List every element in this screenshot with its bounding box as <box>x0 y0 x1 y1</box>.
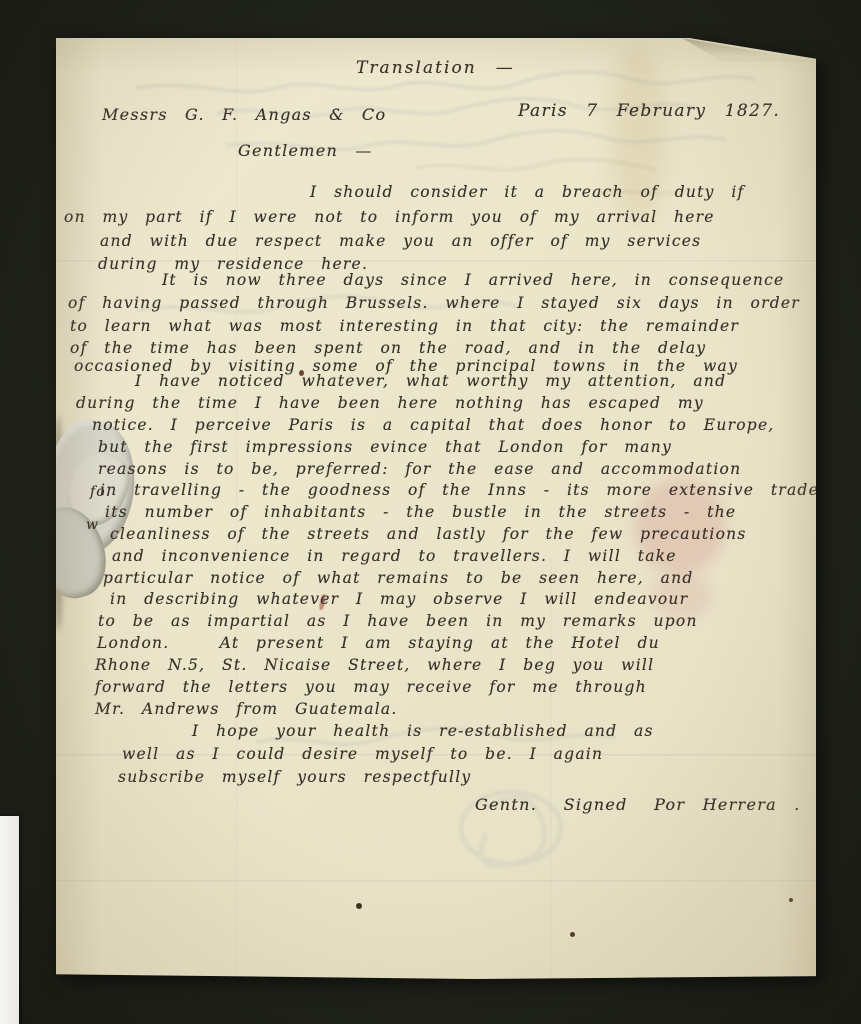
folded-corner <box>682 38 816 62</box>
ink-speck <box>570 932 575 937</box>
letter-line: subscribe myself yours respectfully <box>118 768 471 786</box>
letter-line: in describing whatever I may observe I w… <box>110 590 688 608</box>
letter-dateline: Paris 7 February 1827. <box>518 101 780 121</box>
letter-line: of having passed through Brussels. where… <box>68 294 800 312</box>
letter-line: particular notice of what remains to be … <box>103 569 694 587</box>
letter-line: Mr. Andrews from Guatemala. <box>95 700 398 718</box>
margin-note: w <box>86 517 99 533</box>
letter-signature: Gentn. Signed Por Herrera . <box>475 795 801 814</box>
letter-line: forward the letters you may receive for … <box>95 678 647 696</box>
letter-page: Translation — Messrs G. F. Angas & Co Pa… <box>56 38 816 979</box>
letter-line: of the time has been spent on the road, … <box>70 339 706 357</box>
letter-line: London. At present I am staying at the H… <box>97 634 660 652</box>
letter-line: It is now three days since I arrived her… <box>162 271 784 289</box>
letter-line: reasons is to be, preferred: for the eas… <box>98 460 741 478</box>
letter-line: but the first impressions evince that Lo… <box>98 438 672 456</box>
letter-line: well as I could desire myself to be. I a… <box>122 745 603 763</box>
letter-line: cleanliness of the streets and lastly fo… <box>110 525 747 543</box>
letter-line: to be as impartial as I have been in my … <box>98 612 698 630</box>
archive-label: PRG 174/82/79 <box>0 816 19 1024</box>
ink-speck <box>356 903 362 909</box>
letter-heading: Translation — <box>356 58 515 78</box>
letter-line: on my part if I were not to inform you o… <box>64 208 715 226</box>
letter-line: notice. I perceive Paris is a capital th… <box>92 416 775 434</box>
letter-line: during the time I have been here nothing… <box>76 394 704 412</box>
letter-line: in travelling - the goodness of the Inns… <box>100 481 819 499</box>
letter-line: and inconvenience in regard to traveller… <box>112 547 677 565</box>
letter-line: and with due respect make you an offer o… <box>100 232 701 250</box>
letter-line: its number of inhabitants - the bustle i… <box>105 503 736 521</box>
letter-page-wrap: Translation — Messrs G. F. Angas & Co Pa… <box>56 38 816 979</box>
fold-crease <box>56 880 816 883</box>
photograph-background: Translation — Messrs G. F. Angas & Co Pa… <box>0 0 861 1024</box>
letter-line: I should consider it a breach of duty if <box>310 183 745 201</box>
letter-line: to learn what was most interesting in th… <box>70 317 739 335</box>
letter-line: I have noticed whatever, what worthy my … <box>135 372 726 390</box>
margin-note: fo. <box>90 484 111 500</box>
letter-salutation: Gentlemen — <box>238 141 373 160</box>
ink-speck <box>789 898 793 902</box>
letter-line: Rhone N.5, St. Nicaise Street, where I b… <box>95 656 654 674</box>
letter-line: I hope your health is re-established and… <box>192 722 654 740</box>
letter-addressee: Messrs G. F. Angas & Co <box>102 105 386 124</box>
archive-reference: PRG 174/82/79 <box>0 926 2 1010</box>
